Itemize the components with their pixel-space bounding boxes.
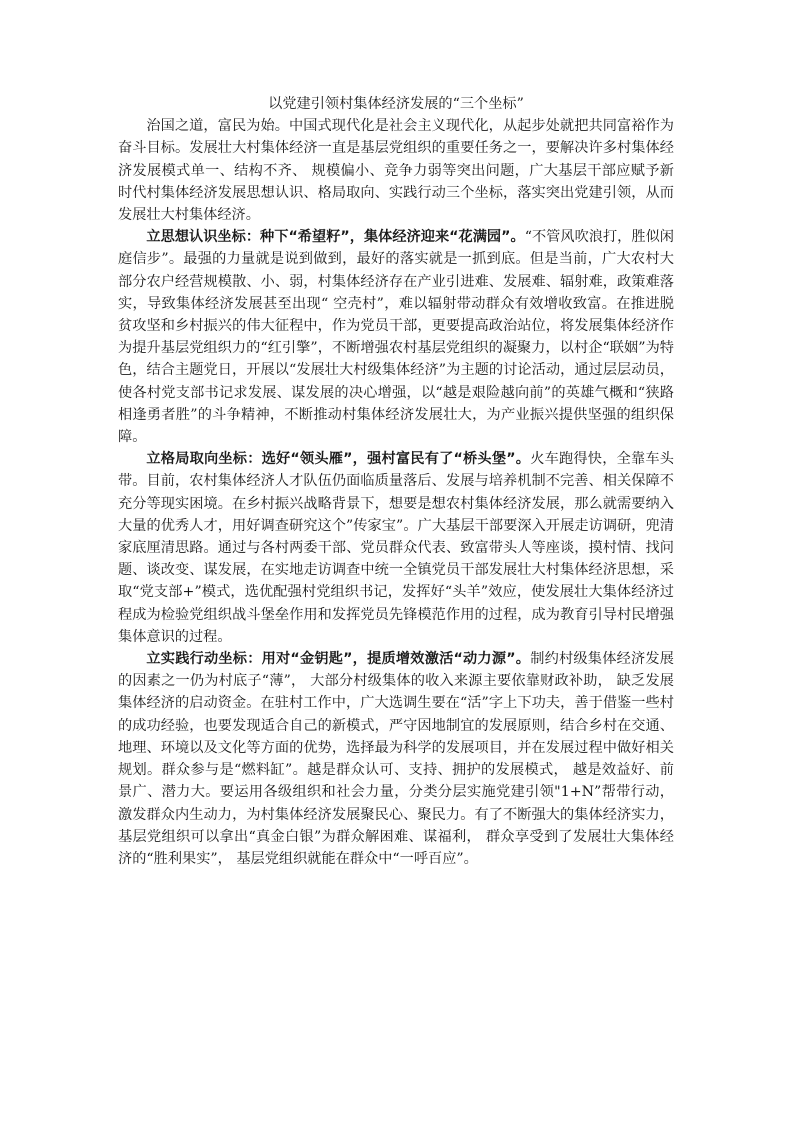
document-page: 以党建引领村集体经济发展的“三个坐标” 治国之道，富民为始。中国式现代化是社会主… [118, 93, 674, 870]
paragraph-body: 火车跑得快，全靠车头带。目前，农村集体经济人才队伍仍面临质量落后、发展与培养机制… [118, 451, 674, 645]
paragraph-practice-coordinate: 立实践行动坐标：用对“金钥匙”，提质增效激活“动力源”。制约村级集体经济发展的因… [118, 648, 674, 870]
paragraph-lead: 立格局取向坐标：选好“领头雁”，强村富民有了“桥头堡”。 [146, 451, 530, 467]
paragraph-body: 治国之道，富民为始。中国式现代化是社会主义现代化，从起步处就把共同富裕作为奋斗目… [118, 118, 674, 223]
paragraph-intro: 治国之道，富民为始。中国式现代化是社会主义现代化，从起步处就把共同富裕作为奋斗目… [118, 115, 674, 226]
paragraph-body: “不管风吹浪打，胜似闲庭信步”。最强的力量就是说到做到，最好的落实就是一抓到底。… [118, 229, 674, 445]
paragraph-pattern-coordinate: 立格局取向坐标：选好“领头雁”，强村富民有了“桥头堡”。火车跑得快，全靠车头带。… [118, 448, 674, 648]
paragraph-lead: 立思想认识坐标：种下“希望籽”，集体经济迎来“花满园”。 [146, 229, 524, 245]
paragraph-body: 制约村级集体经济发展的因素之一仍为村底子“薄”， 大部分村级集体的收入来源主要依… [118, 651, 674, 867]
document-title: 以党建引领村集体经济发展的“三个坐标” [118, 93, 674, 115]
paragraph-lead: 立实践行动坐标：用对“金钥匙”，提质增效激活“动力源”。 [146, 651, 530, 667]
paragraph-thought-coordinate: 立思想认识坐标：种下“希望籽”，集体经济迎来“花满园”。“不管风吹浪打，胜似闲庭… [118, 226, 674, 448]
